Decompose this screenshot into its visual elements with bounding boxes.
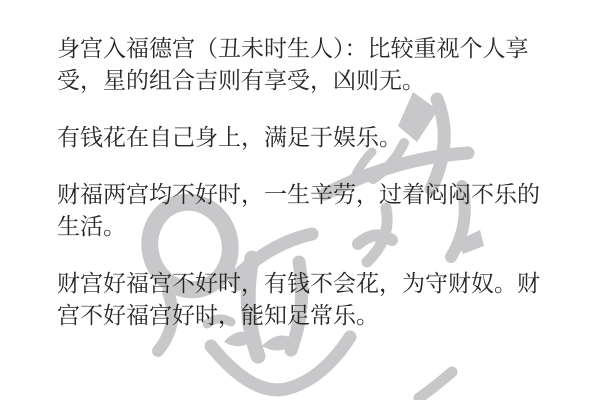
paragraph-1: 身宫入福德宫（丑未时生人）：比较重视个人享 受，星的组合吉则有享受，凶则无。 [57, 32, 546, 96]
text-content: 身宫入福德宫（丑未时生人）：比较重视个人享 受，星的组合吉则有享受，凶则无。 有… [0, 0, 600, 400]
text-line: 身宫入福德宫（丑未时生人）：比较重视个人享 [57, 32, 546, 64]
paragraph-4: 财宫好福宫不好时，有钱不会花，为守财奴。财 宫不好福宫好时，能知足常乐。 [57, 267, 546, 331]
text-line: 财福两宫均不好时，一生辛劳，过着闷闷不乐的 [57, 178, 546, 210]
document-page: 身宫入福德宫（丑未时生人）：比较重视个人享 受，星的组合吉则有享受，凶则无。 有… [0, 0, 600, 400]
text-line: 生活。 [57, 210, 546, 242]
paragraph-3: 财福两宫均不好时，一生辛劳，过着闷闷不乐的 生活。 [57, 178, 546, 242]
text-line: 财宫好福宫不好时，有钱不会花，为守财奴。财 [57, 267, 546, 299]
text-line: 受，星的组合吉则有享受，凶则无。 [57, 64, 546, 96]
text-line: 有钱花在自己身上，满足于娱乐。 [57, 121, 546, 153]
text-line: 宫不好福宫好时，能知足常乐。 [57, 299, 546, 331]
paragraph-2: 有钱花在自己身上，满足于娱乐。 [57, 121, 546, 153]
